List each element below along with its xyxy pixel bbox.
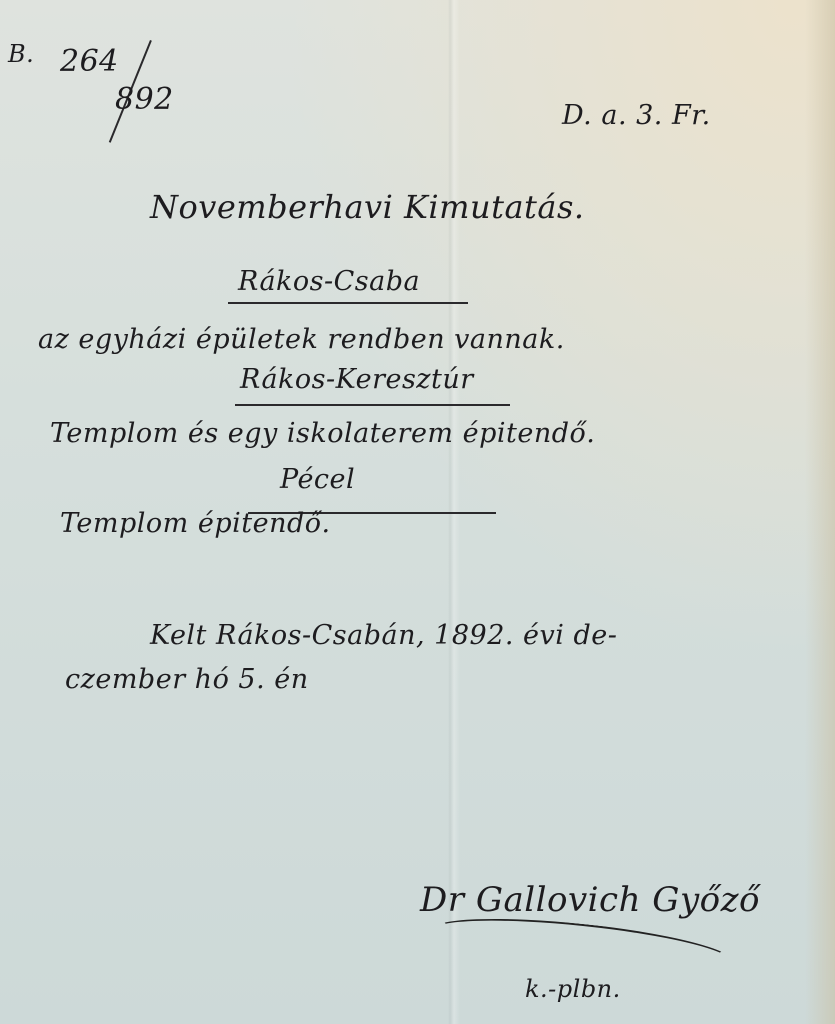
reference-prefix: B. bbox=[8, 40, 34, 68]
reference-number: 264 bbox=[60, 44, 119, 79]
place-underline bbox=[228, 302, 468, 304]
section-text-rakos-csaba: az egyházi épületek rendben vannak. bbox=[38, 324, 565, 355]
closing-line-2: czember hó 5. én bbox=[65, 664, 309, 695]
paper-edge bbox=[805, 0, 835, 1024]
reference-year: 892 bbox=[115, 82, 174, 117]
document-title: Novemberhavi Kimutatás. bbox=[150, 188, 585, 226]
signature-name: Dr Gallovich Győző bbox=[420, 880, 760, 920]
section-text-rakos-keresztur: Templom és egy iskolaterem épitendő. bbox=[50, 418, 595, 449]
section-place-rakos-csaba: Rákos-Csaba bbox=[238, 266, 420, 297]
closing-line-1: Kelt Rákos-Csabán, 1892. évi de- bbox=[150, 620, 617, 651]
place-underline bbox=[235, 404, 510, 406]
section-text-pecel: Templom épitendő. bbox=[60, 508, 331, 539]
section-place-rakos-keresztur: Rákos-Keresztúr bbox=[240, 364, 474, 395]
section-place-pecel: Pécel bbox=[280, 464, 355, 495]
receipt-mark: D. a. 3. Fr. bbox=[562, 100, 711, 131]
signature-title: k.-plbn. bbox=[525, 975, 621, 1003]
